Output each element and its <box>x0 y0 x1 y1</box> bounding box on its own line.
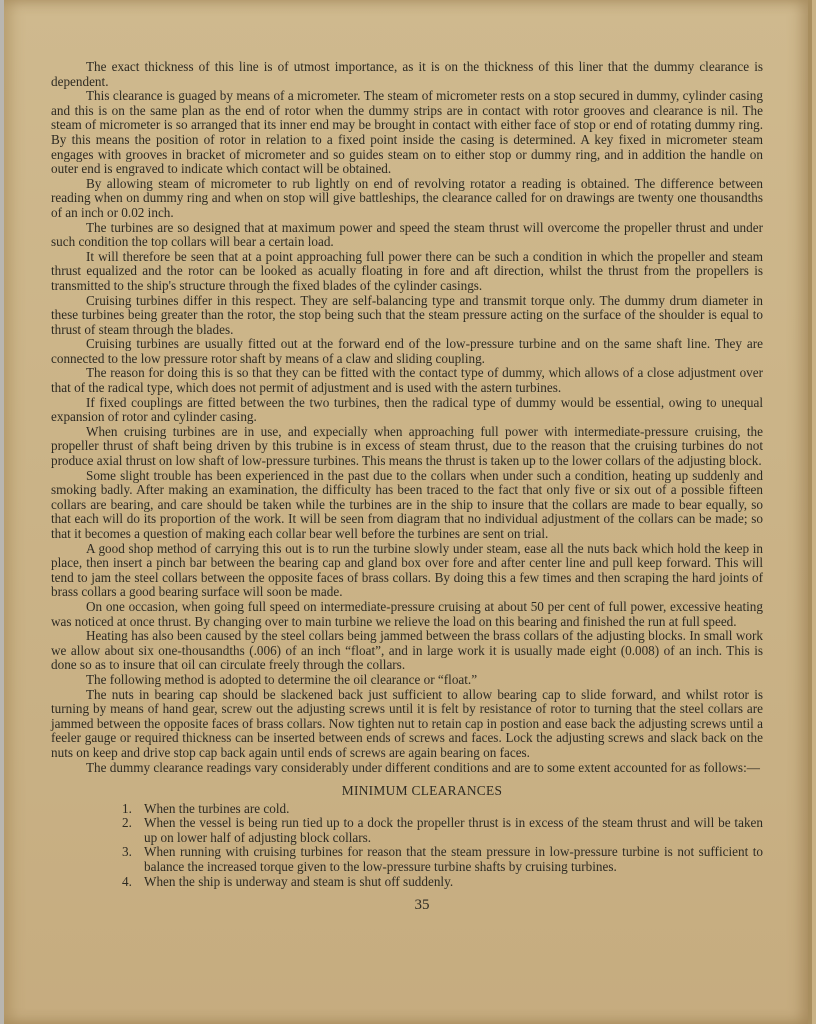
paragraph-dummy-readings: The dummy clearance readings vary consid… <box>51 761 763 776</box>
paragraph-cruising-fitted: Cruising turbines are usually fitted out… <box>51 337 763 366</box>
paragraph-heating-caused: Heating has also been caused by the stee… <box>51 629 763 673</box>
list-number: 1. <box>122 802 144 817</box>
paragraph-liner-thickness: The exact thickness of this line is of u… <box>51 60 763 89</box>
list-text: When the turbines are cold. <box>144 801 289 816</box>
list-number: 4. <box>122 875 144 890</box>
paragraph-turbine-design: The turbines are so designed that at max… <box>51 221 763 250</box>
section-heading: MINIMUM CLEARANCES <box>51 784 763 799</box>
paragraph-one-occasion: On one occasion, when going full speed o… <box>51 600 763 629</box>
page-number: 35 <box>51 898 763 913</box>
paragraph-micrometer-gauge: This clearance is guaged by means of a m… <box>51 89 763 177</box>
paragraph-floating-rotor: It will therefore be seen that at a poin… <box>51 250 763 294</box>
paragraph-contact-dummy: The reason for doing this is so that the… <box>51 366 763 395</box>
paragraph-fixed-couplings: If fixed couplings are fitted between th… <box>51 396 763 425</box>
list-number: 2. <box>122 816 144 831</box>
list-number: 3. <box>122 845 144 860</box>
paragraph-cruising-in-use: When cruising turbines are in use, and e… <box>51 425 763 469</box>
list-text: When the vessel is being run tied up to … <box>144 815 763 845</box>
list-item: 4.When the ship is underway and steam is… <box>51 875 763 890</box>
paragraph-shop-method: A good shop method of carrying this out … <box>51 542 763 600</box>
page-body: The exact thickness of this line is of u… <box>51 60 763 913</box>
paragraph-reading: By allowing steam of micrometer to rub l… <box>51 177 763 221</box>
paragraph-following-method: The following method is adopted to deter… <box>51 673 763 688</box>
paragraph-slight-trouble: Some slight trouble has been experienced… <box>51 469 763 542</box>
minimum-clearances-list: 1.When the turbines are cold. 2.When the… <box>51 802 763 890</box>
list-text: When running with cruising turbines for … <box>144 844 763 874</box>
list-item: 2.When the vessel is being run tied up t… <box>51 816 763 845</box>
page-right-edge <box>808 0 812 1024</box>
list-item: 3.When running with cruising turbines fo… <box>51 845 763 874</box>
paragraph-nuts-bearing-cap: The nuts in bearing cap should be slacke… <box>51 688 763 761</box>
paragraph-cruising-differ: Cruising turbines differ in this respect… <box>51 294 763 338</box>
list-item: 1.When the turbines are cold. <box>51 802 763 817</box>
list-text: When the ship is underway and steam is s… <box>144 874 453 889</box>
